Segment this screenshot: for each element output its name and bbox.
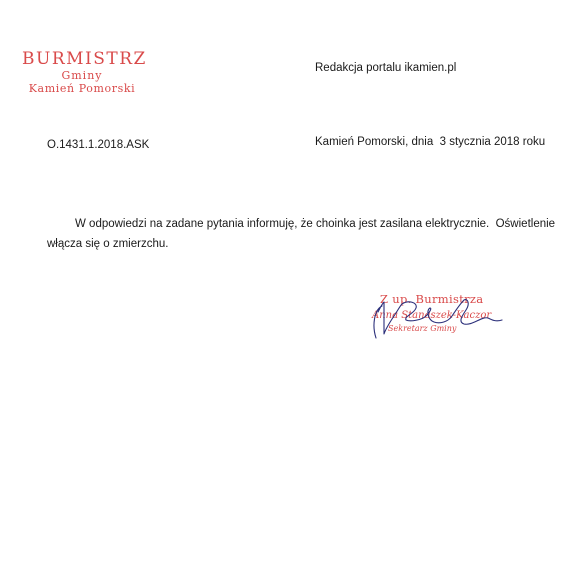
recipient: Redakcja portalu ikamien.pl: [315, 62, 456, 74]
letterhead-subtitle: Gminy: [22, 70, 142, 82]
letterhead-place: Kamień Pomorski: [22, 83, 142, 95]
handwritten-signature-icon: [360, 286, 520, 346]
body-line-2: włącza się o zmierzchu.: [47, 234, 537, 254]
place-and-date: Kamień Pomorski, dnia 3 stycznia 2018 ro…: [315, 136, 545, 148]
letterhead-title: BURMISTRZ: [22, 50, 142, 69]
letter-page: BURMISTRZ Gminy Kamień Pomorski Redakcja…: [0, 0, 570, 570]
reference-number: O.1431.1.2018.ASK: [47, 139, 149, 151]
letterhead-stamp: BURMISTRZ Gminy Kamień Pomorski: [22, 50, 142, 96]
body-line-1: W odpowiedzi na zadane pytania informuję…: [47, 214, 537, 234]
signature-block: Z up. Burmistrza Anna Stanaszek-Kaczor S…: [360, 286, 520, 346]
letter-body: W odpowiedzi na zadane pytania informuję…: [47, 214, 537, 254]
